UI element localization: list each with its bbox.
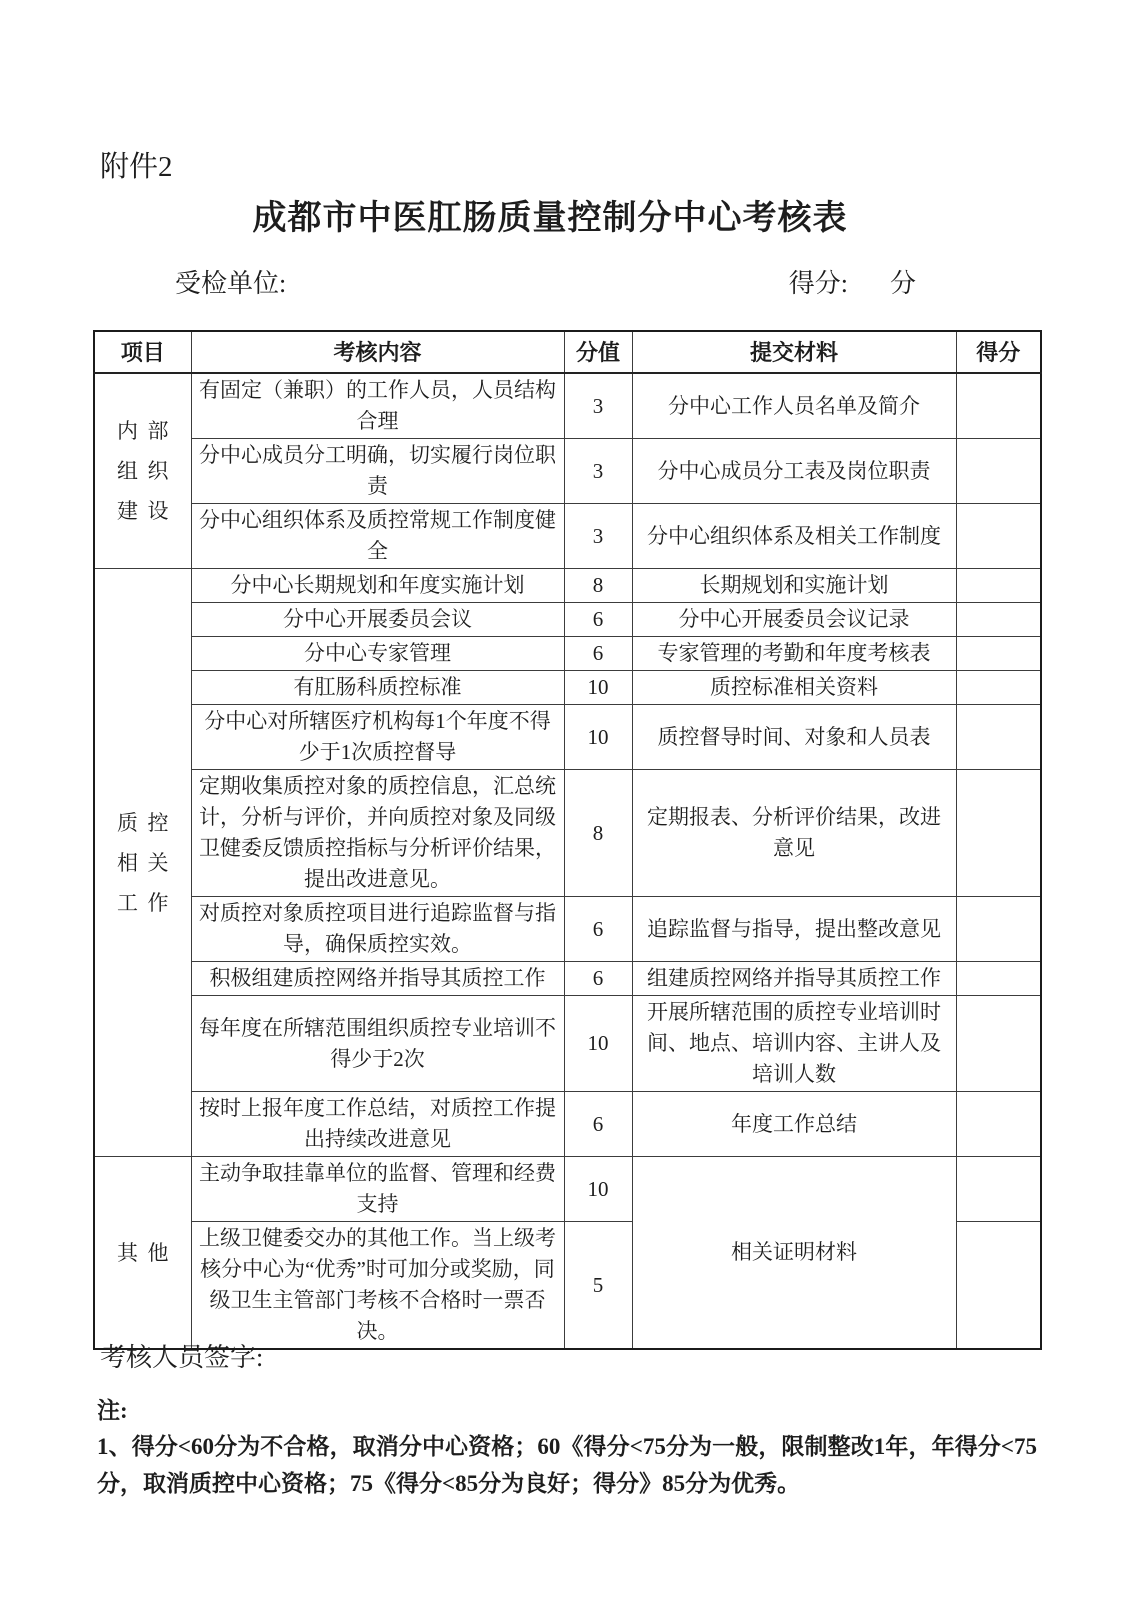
- assessment-content-cell: 分中心长期规划和年度实施计划: [191, 569, 564, 603]
- score-value-cell: 6: [564, 962, 632, 996]
- material-cell: 分中心工作人员名单及简介: [632, 373, 956, 439]
- material-cell: 开展所辖范围的质控专业培训时间、地点、培训内容、主讲人及培训人数: [632, 996, 956, 1092]
- table-row: 内部组织建设有固定（兼职）的工作人员，人员结构合理3分中心工作人员名单及简介: [94, 373, 1041, 439]
- assessment-content-cell: 定期收集质控对象的质控信息，汇总统计，分析与评价，并向质控对象及同级卫健委反馈质…: [191, 770, 564, 897]
- table-row: 积极组建质控网络并指导其质控工作6组建质控网络并指导其质控工作: [94, 962, 1041, 996]
- score-value-cell: 10: [564, 705, 632, 770]
- assessment-content-cell: 分中心对所辖医疗机构每1个年度不得少于1次质控督导: [191, 705, 564, 770]
- table-row: 每年度在所辖范围组织质控专业培训不得少于2次10开展所辖范围的质控专业培训时间、…: [94, 996, 1041, 1092]
- notes-label: 注:: [97, 1394, 128, 1428]
- table-body: 内部组织建设有固定（兼职）的工作人员，人员结构合理3分中心工作人员名单及简介分中…: [94, 373, 1041, 1349]
- column-header: 提交材料: [632, 331, 956, 373]
- score-value-cell: 6: [564, 603, 632, 637]
- score-value-cell: 10: [564, 996, 632, 1092]
- item-group-cell: 内部组织建设: [94, 373, 191, 569]
- score-unit-label: 分: [848, 266, 916, 302]
- table-row: 分中心对所辖医疗机构每1个年度不得少于1次质控督导10质控督导时间、对象和人员表: [94, 705, 1041, 770]
- score-value-cell: 10: [564, 671, 632, 705]
- assessment-content-cell: 分中心组织体系及质控常规工作制度健全: [191, 504, 564, 569]
- score-result-cell: [956, 439, 1041, 504]
- assessment-content-cell: 上级卫健委交办的其他工作。当上级考核分中心为“优秀”时可加分或奖励，同级卫生主管…: [191, 1222, 564, 1350]
- table-row: 定期收集质控对象的质控信息，汇总统计，分析与评价，并向质控对象及同级卫健委反馈质…: [94, 770, 1041, 897]
- material-cell: 组建质控网络并指导其质控工作: [632, 962, 956, 996]
- table-row: 分中心组织体系及质控常规工作制度健全3分中心组织体系及相关工作制度: [94, 504, 1041, 569]
- material-cell: 长期规划和实施计划: [632, 569, 956, 603]
- item-group-line: 其他: [101, 1233, 191, 1273]
- assessment-content-cell: 积极组建质控网络并指导其质控工作: [191, 962, 564, 996]
- score-result-cell: [956, 770, 1041, 897]
- score-value-cell: 3: [564, 439, 632, 504]
- score-result-cell: [956, 996, 1041, 1092]
- score-area: 得分: 分: [789, 266, 916, 302]
- assessment-content-cell: 每年度在所辖范围组织质控专业培训不得少于2次: [191, 996, 564, 1092]
- score-value-cell: 5: [564, 1222, 632, 1350]
- material-cell: 专家管理的考勤和年度考核表: [632, 637, 956, 671]
- score-result-cell: [956, 637, 1041, 671]
- item-group-line: 工作: [101, 883, 191, 923]
- assessment-content-cell: 有肛肠科质控标准: [191, 671, 564, 705]
- score-result-cell: [956, 1092, 1041, 1157]
- table-row: 分中心专家管理6专家管理的考勤和年度考核表: [94, 637, 1041, 671]
- score-result-cell: [956, 962, 1041, 996]
- inspected-unit-label: 受检单位:: [175, 266, 286, 302]
- item-group-cell: 质控相关工作: [94, 569, 191, 1157]
- table-row: 质控相关工作分中心长期规划和年度实施计划8长期规划和实施计划: [94, 569, 1041, 603]
- item-group-line: 质控: [101, 803, 191, 843]
- score-value-cell: 8: [564, 569, 632, 603]
- score-value-cell: 3: [564, 504, 632, 569]
- assessment-table: 项目考核内容分值提交材料得分 内部组织建设有固定（兼职）的工作人员，人员结构合理…: [93, 330, 1042, 1350]
- item-group-line: 组织: [101, 451, 191, 491]
- score-value-cell: 6: [564, 637, 632, 671]
- score-result-cell: [956, 897, 1041, 962]
- assessment-content-cell: 主动争取挂靠单位的监督、管理和经费支持: [191, 1157, 564, 1222]
- material-cell: 分中心成员分工表及岗位职责: [632, 439, 956, 504]
- column-header: 分值: [564, 331, 632, 373]
- info-line: 受检单位: 得分: 分: [93, 266, 1040, 302]
- score-value-cell: 6: [564, 1092, 632, 1157]
- table-row: 对质控对象质控项目进行追踪监督与指导，确保质控实效。6追踪监督与指导，提出整改意…: [94, 897, 1041, 962]
- material-cell: 质控标准相关资料: [632, 671, 956, 705]
- material-cell: 质控督导时间、对象和人员表: [632, 705, 956, 770]
- material-cell: 分中心组织体系及相关工作制度: [632, 504, 956, 569]
- table-row: 有肛肠科质控标准10质控标准相关资料: [94, 671, 1041, 705]
- score-result-cell: [956, 373, 1041, 439]
- score-result-cell: [956, 1222, 1041, 1350]
- column-header: 考核内容: [191, 331, 564, 373]
- table-row: 按时上报年度工作总结，对质控工作提出持续改进意见6年度工作总结: [94, 1092, 1041, 1157]
- document-title: 成都市中医肛肠质量控制分中心考核表: [0, 190, 1100, 239]
- assessment-content-cell: 按时上报年度工作总结，对质控工作提出持续改进意见: [191, 1092, 564, 1157]
- material-cell: 年度工作总结: [632, 1092, 956, 1157]
- item-group-line: 内部: [101, 411, 191, 451]
- assessment-content-cell: 分中心专家管理: [191, 637, 564, 671]
- score-result-cell: [956, 603, 1041, 637]
- score-label: 得分:: [789, 266, 848, 302]
- table-header-row: 项目考核内容分值提交材料得分: [94, 331, 1041, 373]
- score-value-cell: 3: [564, 373, 632, 439]
- assessment-content-cell: 分中心成员分工明确，切实履行岗位职责: [191, 439, 564, 504]
- score-value-cell: 8: [564, 770, 632, 897]
- material-cell: 追踪监督与指导，提出整改意见: [632, 897, 956, 962]
- material-cell: 定期报表、分析评价结果，改进意见: [632, 770, 956, 897]
- score-result-cell: [956, 569, 1041, 603]
- note-item-1: 1、得分<60分为不合格，取消分中心资格；60《得分<75分为一般，限制整改1年…: [97, 1428, 1037, 1502]
- attachment-label: 附件2: [100, 150, 173, 184]
- assessment-content-cell: 对质控对象质控项目进行追踪监督与指导，确保质控实效。: [191, 897, 564, 962]
- score-result-cell: [956, 671, 1041, 705]
- column-header: 得分: [956, 331, 1041, 373]
- column-header: 项目: [94, 331, 191, 373]
- table-row: 分中心成员分工明确，切实履行岗位职责3分中心成员分工表及岗位职责: [94, 439, 1041, 504]
- assessment-content-cell: 分中心开展委员会议: [191, 603, 564, 637]
- item-group-cell: 其他: [94, 1157, 191, 1350]
- score-value-cell: 10: [564, 1157, 632, 1222]
- score-result-cell: [956, 1157, 1041, 1222]
- table-row: 其他主动争取挂靠单位的监督、管理和经费支持10相关证明材料: [94, 1157, 1041, 1222]
- score-result-cell: [956, 504, 1041, 569]
- signer-line: 考核人员签字:: [100, 1340, 263, 1376]
- document-page: 附件2 成都市中医肛肠质量控制分中心考核表 受检单位: 得分: 分 项目考核内容…: [0, 0, 1131, 1600]
- score-value-cell: 6: [564, 897, 632, 962]
- assessment-content-cell: 有固定（兼职）的工作人员，人员结构合理: [191, 373, 564, 439]
- score-result-cell: [956, 705, 1041, 770]
- item-group-line: 相关: [101, 843, 191, 883]
- table-row: 分中心开展委员会议6分中心开展委员会议记录: [94, 603, 1041, 637]
- item-group-line: 建设: [101, 491, 191, 531]
- material-cell: 分中心开展委员会议记录: [632, 603, 956, 637]
- material-cell: 相关证明材料: [632, 1157, 956, 1350]
